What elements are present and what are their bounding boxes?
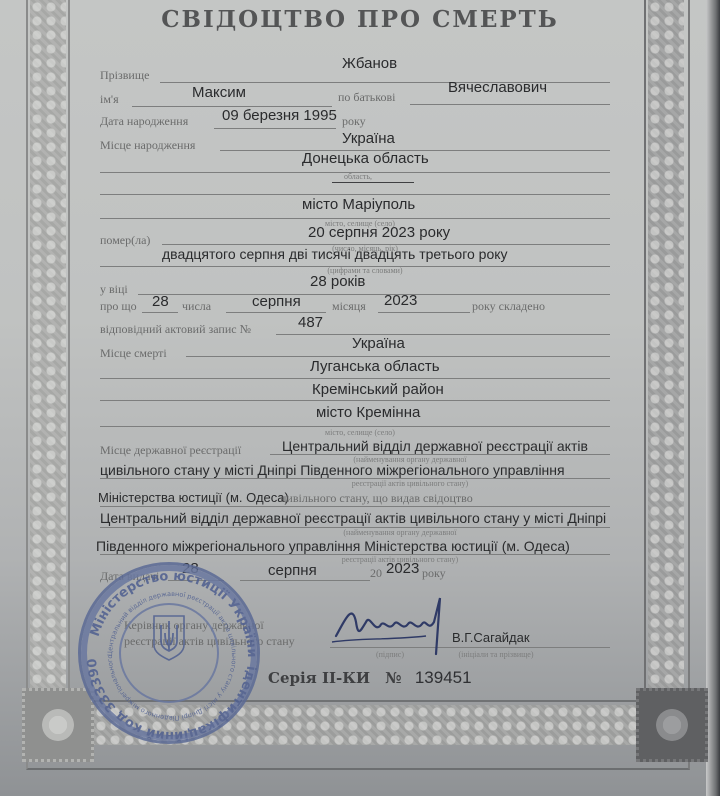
month-word-label: місяця xyxy=(332,299,366,314)
birth-country-value: Україна xyxy=(342,130,395,147)
death-country-value: Україна xyxy=(352,335,405,352)
registration-place-label: Місце державної реєстрації xyxy=(100,443,241,458)
issuer-line-2: Південного міжрегіонального управління М… xyxy=(96,538,570,554)
signature-scribble xyxy=(330,592,470,656)
day-line xyxy=(142,312,178,313)
number-sign: № xyxy=(385,669,401,687)
record-number-value: 487 xyxy=(298,314,323,331)
org-hint-3: (найменування органу державної xyxy=(330,528,470,537)
birth-date-value: 09 березня 1995 xyxy=(222,107,337,124)
patronymic-label: по батькові xyxy=(338,90,395,105)
issuer-line-0-rule xyxy=(100,506,610,507)
year-compiled-label: року складено xyxy=(472,299,545,314)
age-label: у віці xyxy=(100,282,128,297)
document-title: СВІДОЦТВО ПРО СМЕРТЬ xyxy=(160,6,560,33)
death-date-words-value: двадцятого серпня дві тисячі двадцять тр… xyxy=(162,246,508,262)
patronymic-line xyxy=(410,104,610,105)
month-line xyxy=(226,312,326,313)
birth-date-suffix: року xyxy=(342,114,366,129)
record-year-value: 2023 xyxy=(384,292,417,309)
death-place-line-2 xyxy=(100,378,610,379)
death-region-value: Луганська область xyxy=(310,358,440,375)
birth-place-label: Місце народження xyxy=(100,138,195,153)
registration-line-2: цивільного стану у місті Дніпрі Південно… xyxy=(100,462,565,478)
issuer-prefix-label: цивільного стану, що видав свідоцтво xyxy=(280,491,473,506)
record-day-value: 28 xyxy=(152,293,169,310)
birth-date-label: Дата народження xyxy=(100,114,188,129)
issue-year-value: 2023 xyxy=(386,560,419,577)
rosette-icon xyxy=(656,709,688,741)
official-stamp: Міністерство юстиції України ідентифікац… xyxy=(78,562,260,744)
name-value: Максим xyxy=(192,84,246,101)
death-place-line-1 xyxy=(186,356,610,357)
issue-month-value: серпня xyxy=(268,562,317,579)
surname-label: Прізвище xyxy=(100,68,149,83)
issue-year-suffix: року xyxy=(422,566,446,581)
age-value: 28 років xyxy=(310,273,365,290)
record-number-label: відповідний актовий запис № xyxy=(100,322,251,337)
city-hint-2: місто, селище (село) xyxy=(310,428,410,437)
corner-ornament-bottom-right xyxy=(636,688,708,762)
region-hint: область, xyxy=(328,172,388,181)
surname-value: Жбанов xyxy=(342,55,397,72)
birth-place-line-3 xyxy=(100,194,610,195)
died-label: помер(ла) xyxy=(100,233,150,248)
region-underline xyxy=(332,182,414,183)
serial-block: Серія II-КИ № 139451 xyxy=(268,668,472,688)
org-hint-2: реєстрації актів цивільного стану) xyxy=(340,479,480,488)
death-place-label: Місце смерті xyxy=(100,346,167,361)
record-month-value: серпня xyxy=(252,293,301,310)
series-label: Серія II-КИ xyxy=(268,669,370,687)
day-word-label: числа xyxy=(182,299,211,314)
death-district-value: Кремінський район xyxy=(312,381,444,398)
death-place-line-4 xyxy=(100,426,610,427)
paper-edge xyxy=(706,0,720,796)
record-number-line xyxy=(276,334,610,335)
rosette-icon xyxy=(42,709,74,741)
trident-icon xyxy=(151,613,187,661)
issuer-line-1: Центральний відділ державної реєстрації … xyxy=(100,510,606,526)
century-prefix: 20 xyxy=(370,566,382,581)
guilloche-border-right xyxy=(648,0,684,700)
birth-date-line xyxy=(214,128,336,129)
birth-city-value: місто Маріуполь xyxy=(302,196,415,213)
serial-number: 139451 xyxy=(415,668,472,687)
death-city-value: місто Кремінна xyxy=(316,404,420,421)
age-line xyxy=(138,294,610,295)
registration-line-3: Міністерства юстиції (м. Одеса) xyxy=(98,490,289,505)
death-date-value: 20 серпня 2023 року xyxy=(308,224,450,241)
patronymic-value: Вячеславович xyxy=(448,79,547,96)
year-line xyxy=(378,312,470,313)
name-label: ім'я xyxy=(100,92,119,107)
registration-line-1: Центральний відділ державної реєстрації … xyxy=(282,438,588,454)
death-place-line-3 xyxy=(100,400,610,401)
birth-region-value: Донецька область xyxy=(302,150,429,167)
about-label: про що xyxy=(100,299,137,314)
guilloche-border-left xyxy=(30,0,66,700)
